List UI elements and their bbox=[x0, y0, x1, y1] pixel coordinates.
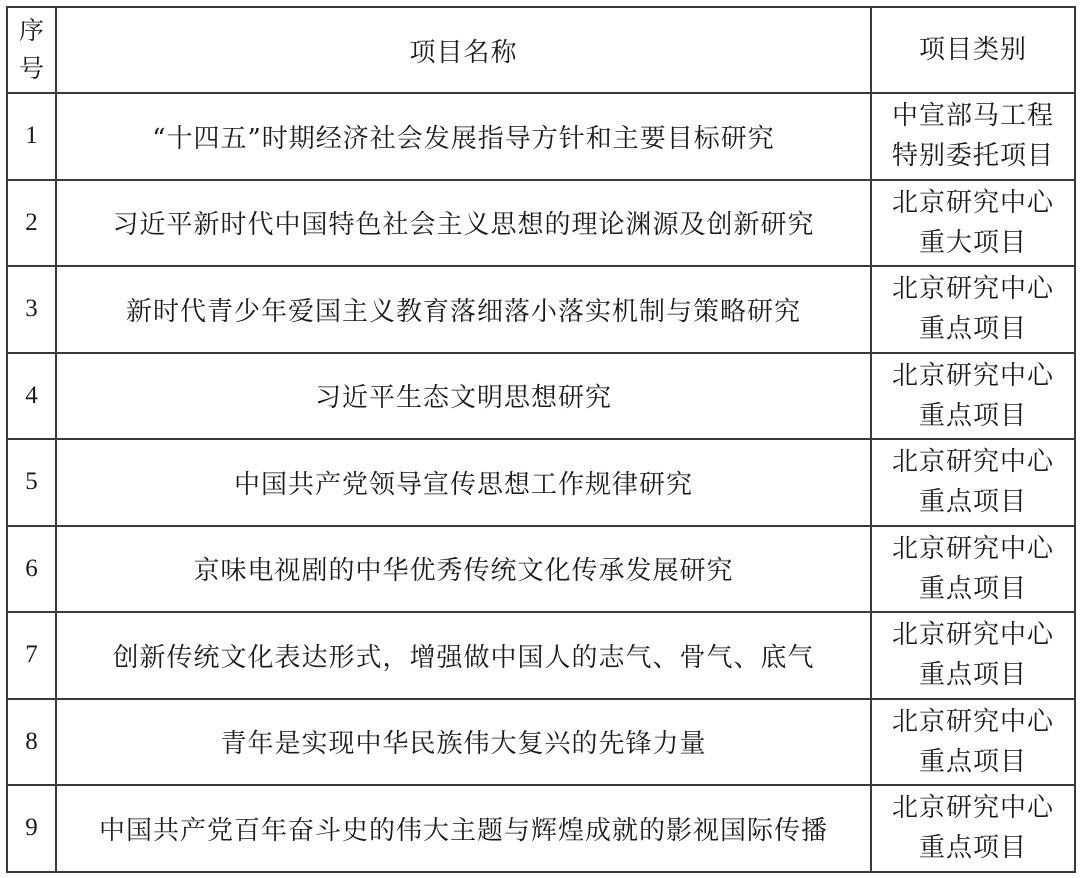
header-category: 项目类别 bbox=[871, 7, 1075, 93]
row-seq: 6 bbox=[7, 526, 56, 613]
row-seq: 5 bbox=[7, 439, 56, 526]
header-seq: 序 号 bbox=[7, 7, 56, 93]
row-seq: 3 bbox=[7, 266, 56, 353]
row-seq: 9 bbox=[7, 785, 56, 872]
row-name: “十四五”时期经济社会发展指导方针和主要目标研究 bbox=[56, 93, 871, 180]
table-row: 5 中国共产党领导宣传思想工作规律研究 北京研究中心重点项目 bbox=[7, 439, 1075, 526]
table-row: 9 中国共产党百年奋斗史的伟大主题与辉煌成就的影视国际传播 北京研究中心重点项目 bbox=[7, 785, 1075, 872]
row-category: 北京研究中心重点项目 bbox=[871, 699, 1075, 786]
row-category: 北京研究中心重点项目 bbox=[871, 353, 1075, 440]
category-line1: 北京研究中心 bbox=[872, 788, 1074, 828]
category-line1: 北京研究中心 bbox=[872, 442, 1074, 482]
header-seq-line2: 号 bbox=[8, 50, 55, 88]
row-name: 中国共产党百年奋斗史的伟大主题与辉煌成就的影视国际传播 bbox=[56, 785, 871, 872]
header-seq-line1: 序 bbox=[8, 12, 55, 50]
category-line2: 重大项目 bbox=[872, 223, 1074, 263]
project-table: 序 号 项目名称 项目类别 1 “十四五”时期经济社会发展指导方针和主要目标研究… bbox=[6, 6, 1076, 873]
row-name: 习近平生态文明思想研究 bbox=[56, 353, 871, 440]
table-row: 7 创新传统文化表达形式，增强做中国人的志气、骨气、底气 北京研究中心重点项目 bbox=[7, 612, 1075, 699]
row-name: 青年是实现中华民族伟大复兴的先锋力量 bbox=[56, 699, 871, 786]
row-category: 北京研究中心重点项目 bbox=[871, 439, 1075, 526]
category-line2: 重点项目 bbox=[872, 482, 1074, 522]
category-line2: 重点项目 bbox=[872, 396, 1074, 436]
category-line2: 重点项目 bbox=[872, 309, 1074, 349]
table-row: 3 新时代青少年爱国主义教育落细落小落实机制与策略研究 北京研究中心重点项目 bbox=[7, 266, 1075, 353]
row-category: 北京研究中心重大项目 bbox=[871, 180, 1075, 267]
category-line2: 重点项目 bbox=[872, 828, 1074, 868]
row-seq: 1 bbox=[7, 93, 56, 180]
category-line1: 北京研究中心 bbox=[872, 529, 1074, 569]
category-line2: 重点项目 bbox=[872, 569, 1074, 609]
category-line2: 重点项目 bbox=[872, 742, 1074, 782]
header-row: 序 号 项目名称 项目类别 bbox=[7, 7, 1075, 93]
row-name: 习近平新时代中国特色社会主义思想的理论渊源及创新研究 bbox=[56, 180, 871, 267]
row-category: 北京研究中心重点项目 bbox=[871, 526, 1075, 613]
category-line1: 北京研究中心 bbox=[872, 356, 1074, 396]
table-row: 1 “十四五”时期经济社会发展指导方针和主要目标研究 中宣部马工程特别委托项目 bbox=[7, 93, 1075, 180]
table-row: 8 青年是实现中华民族伟大复兴的先锋力量 北京研究中心重点项目 bbox=[7, 699, 1075, 786]
category-line1: 北京研究中心 bbox=[872, 183, 1074, 223]
row-category: 中宣部马工程特别委托项目 bbox=[871, 93, 1075, 180]
row-category: 北京研究中心重点项目 bbox=[871, 785, 1075, 872]
header-name: 项目名称 bbox=[56, 7, 871, 93]
row-name: 新时代青少年爱国主义教育落细落小落实机制与策略研究 bbox=[56, 266, 871, 353]
category-line1: 中宣部马工程 bbox=[872, 96, 1074, 136]
category-line2: 特别委托项目 bbox=[872, 136, 1074, 176]
row-seq: 7 bbox=[7, 612, 56, 699]
table-row: 2 习近平新时代中国特色社会主义思想的理论渊源及创新研究 北京研究中心重大项目 bbox=[7, 180, 1075, 267]
row-seq: 2 bbox=[7, 180, 56, 267]
row-seq: 4 bbox=[7, 353, 56, 440]
category-line1: 北京研究中心 bbox=[872, 615, 1074, 655]
row-name: 中国共产党领导宣传思想工作规律研究 bbox=[56, 439, 871, 526]
category-line1: 北京研究中心 bbox=[872, 269, 1074, 309]
category-line2: 重点项目 bbox=[872, 655, 1074, 695]
category-line1: 北京研究中心 bbox=[872, 702, 1074, 742]
row-seq: 8 bbox=[7, 699, 56, 786]
row-category: 北京研究中心重点项目 bbox=[871, 266, 1075, 353]
row-name: 京味电视剧的中华优秀传统文化传承发展研究 bbox=[56, 526, 871, 613]
table-row: 4 习近平生态文明思想研究 北京研究中心重点项目 bbox=[7, 353, 1075, 440]
table-row: 6 京味电视剧的中华优秀传统文化传承发展研究 北京研究中心重点项目 bbox=[7, 526, 1075, 613]
row-name: 创新传统文化表达形式，增强做中国人的志气、骨气、底气 bbox=[56, 612, 871, 699]
row-category: 北京研究中心重点项目 bbox=[871, 612, 1075, 699]
